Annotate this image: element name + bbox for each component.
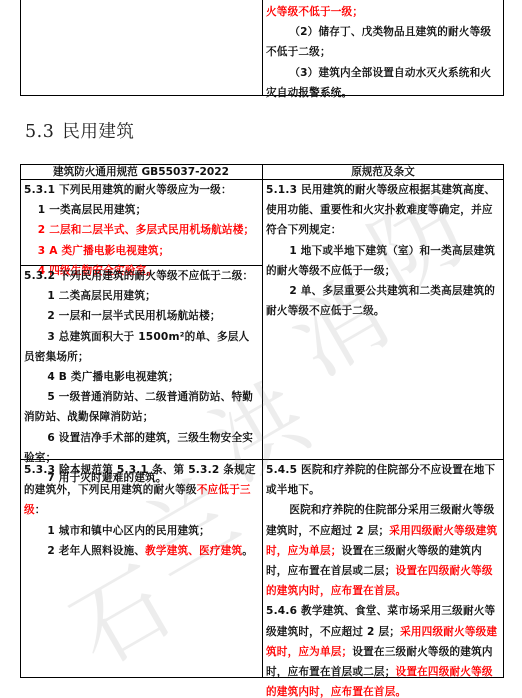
clause-5-3-3-title: 5.3.3 除本规范第 5.3.1 条、第 5.3.2 条规定的建筑外，下列民用… bbox=[24, 460, 260, 521]
line-sprinkler-alarm: （3）建筑内全部设置自动水灭火系统和火灾自动报警系统。 bbox=[266, 63, 499, 103]
clauses-5-4-5-and-5-4-6: 5.4.5 医院和疗养院的住院部分不应设置在地下或半地下。 医院和疗养院的住院部… bbox=[266, 460, 500, 698]
clause-5-3-1-item-1: 1 一类高层民用建筑； bbox=[24, 200, 260, 220]
clause-5-3-3: 5.3.3 除本规范第 5.3.1 条、第 5.3.2 条规定的建筑外，下列民用… bbox=[24, 460, 260, 561]
section-number: 5.3 bbox=[25, 122, 54, 142]
previous-table-divider bbox=[262, 0, 263, 96]
clause-5-4-5-title: 5.4.5 医院和疗养院的住院部分不应设置在地下或半地下。 bbox=[266, 460, 500, 500]
header-old-code: 原规范及条文 bbox=[263, 165, 503, 180]
clause-5-3-2-item-3: 3 总建筑面积大于 1500m²的单、多层人员密集场所； bbox=[24, 327, 260, 367]
clause-5-1-3-title: 5.1.3 民用建筑的耐火等级应根据其建筑高度、使用功能、重要性和火灾扑救难度等… bbox=[266, 180, 500, 241]
clause-5-3-2-item-5: 5 一级普通消防站、二级普通消防站、特勤消防站、战勤保障消防站； bbox=[24, 387, 260, 427]
clause-5-3-2-title: 5.3.2 下列民用建筑的耐火等级不应低于二级： bbox=[24, 266, 260, 286]
section-heading: 5.3民用建筑 bbox=[25, 118, 134, 143]
clause-5-3-1-item-3: 3 A 类广播电影电视建筑； bbox=[24, 241, 260, 261]
section-title: 民用建筑 bbox=[62, 122, 134, 142]
clause-5-1-3-item-1: 1 地下或半地下建筑（室）和一类高层建筑的耐火等级不应低于一级； bbox=[266, 241, 500, 281]
clause-5-3-1-item-2: 2 二层和二层半式、多层式民用机场航站楼； bbox=[24, 220, 260, 240]
clause-5-3-2-item-2: 2 一层和一层半式民用机场航站楼； bbox=[24, 306, 260, 326]
clause-5-4-5-body: 医院和疗养院的住院部分采用三级耐火等级建筑时，不应超过 2 层；采用四级耐火等级… bbox=[266, 500, 500, 601]
clause-5-1-3-item-2: 2 单、多层重要公共建筑和二类高层建筑的耐火等级不应低于二级。 bbox=[266, 281, 500, 321]
header-new-code: 建筑防火通用规范 GB55037-2022 bbox=[20, 165, 262, 180]
clause-5-1-3: 5.1.3 民用建筑的耐火等级应根据其建筑高度、使用功能、重要性和火灾扑救难度等… bbox=[266, 180, 500, 321]
clause-5-4-6: 5.4.6 教学建筑、食堂、菜市场采用三级耐火等级建筑时，不应超过 2 层；采用… bbox=[266, 601, 500, 698]
clause-5-3-3-item-2: 2 老年人照料设施、教学建筑、医疗建筑。 bbox=[24, 541, 260, 561]
clause-5-3-2: 5.3.2 下列民用建筑的耐火等级不应低于二级： 1 二类高层民用建筑； 2 一… bbox=[24, 266, 260, 488]
clause-5-3-1-title: 5.3.1 下列民用建筑的耐火等级应为一级： bbox=[24, 180, 260, 200]
line-fire-rating-tail: 火等级不低于一级； bbox=[266, 2, 499, 22]
line-storage-class: （2）储存丁、戊类物品且建筑的耐火等级不低于二级； bbox=[266, 22, 499, 62]
previous-table-right-cell: 火等级不低于一级； （2）储存丁、戊类物品且建筑的耐火等级不低于二级； （3）建… bbox=[266, 2, 499, 103]
clause-5-3-2-item-4: 4 B 类广播电影电视建筑； bbox=[24, 367, 260, 387]
clause-5-3-2-item-1: 1 二类高层民用建筑； bbox=[24, 286, 260, 306]
column-divider bbox=[262, 164, 263, 678]
clause-5-3-3-item-1: 1 城市和镇中心区内的民用建筑； bbox=[24, 521, 260, 541]
